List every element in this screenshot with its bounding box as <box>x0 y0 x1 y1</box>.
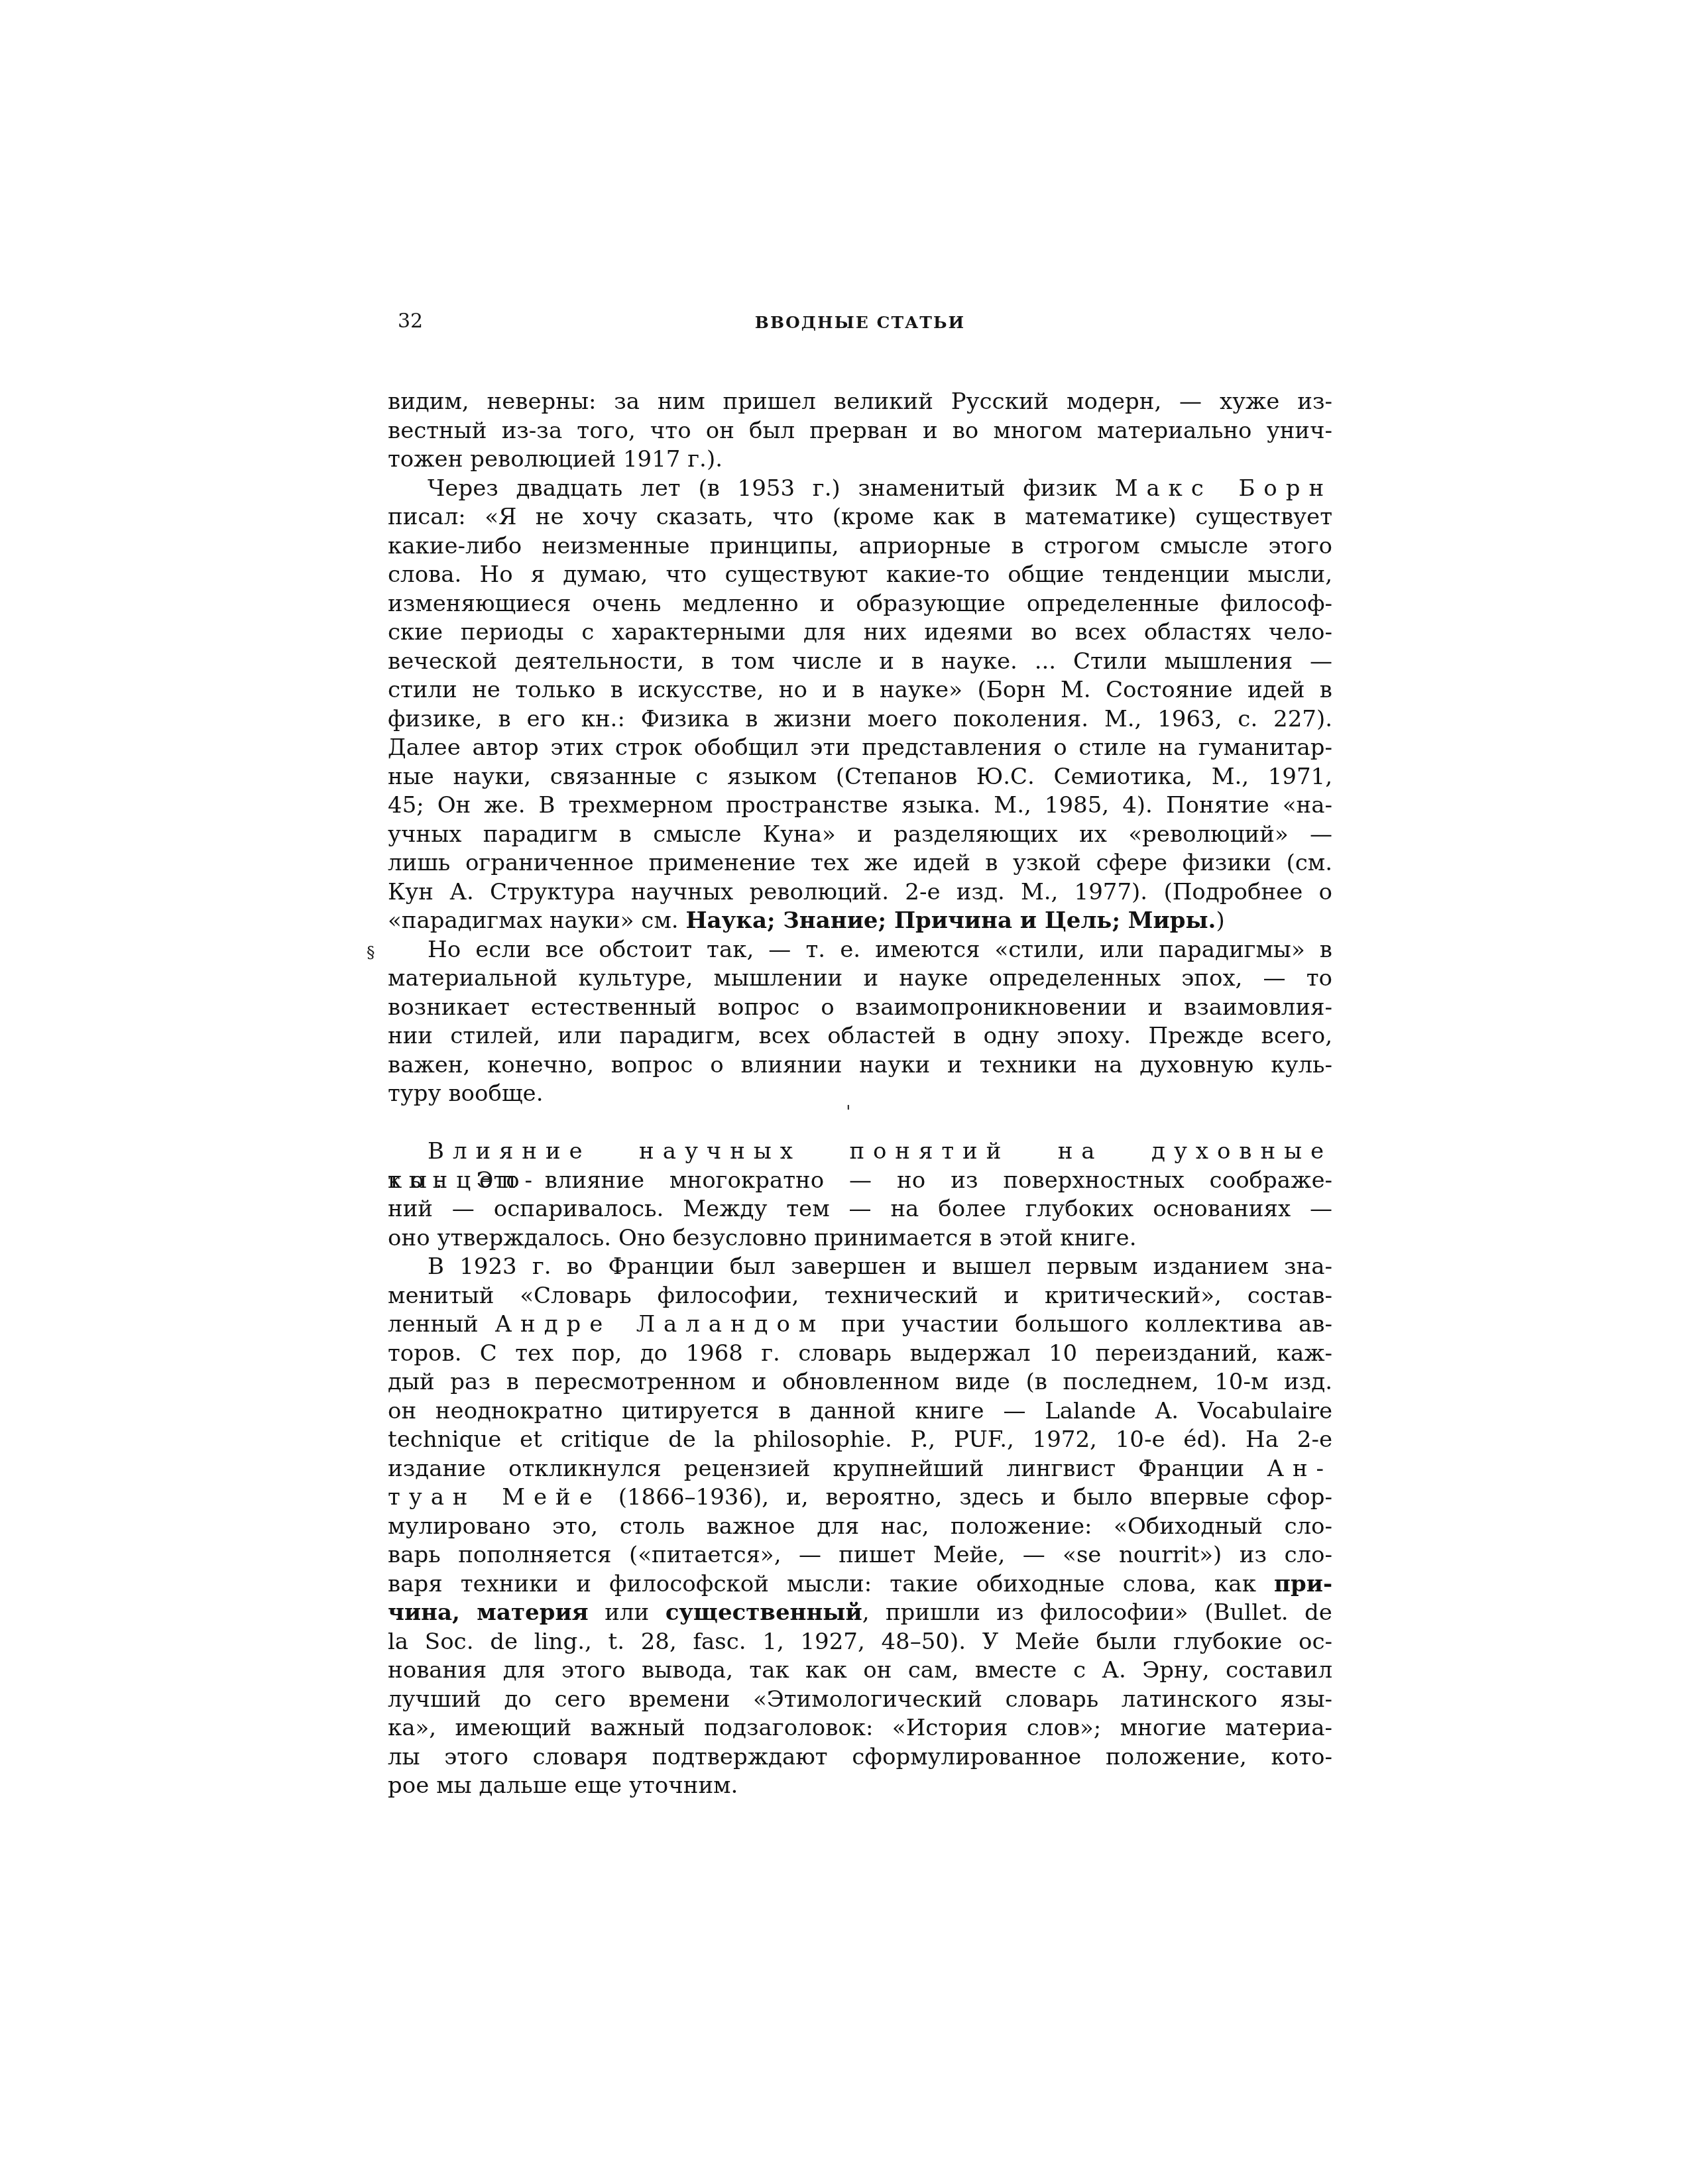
text-segment: ка», имеющий важный подзаголовок: «Истор… <box>388 1715 1332 1741</box>
text-segment: туру вообще. <box>388 1080 543 1107</box>
text-segment: или <box>589 1599 666 1626</box>
text-line: ленный Андре Лаландом при участии большо… <box>388 1310 1332 1340</box>
text-segment: рое мы дальше еще уточним. <box>388 1772 738 1799</box>
text-segment: ские периоды с характерными для них идея… <box>388 619 1332 646</box>
text-segment: вестный из-за того, что он был прерван и… <box>388 418 1332 444</box>
text-line: §Но если все обстоит так, — т. е. имеютс… <box>388 936 1332 965</box>
text-line: учных парадигм в смысле Куна» и разделяю… <box>388 821 1332 850</box>
text-segment: (1866–1936), и, вероятно, здесь и было в… <box>601 1484 1332 1511</box>
text-line: чина, материя или существенный, пришли и… <box>388 1599 1332 1628</box>
text-segment: Через двадцать лет (в 1953 г.) знамениты… <box>428 475 1115 502</box>
text-segment: , пришли из философии» (Bullet. de <box>862 1599 1332 1626</box>
text-line: В 1923 г. во Франции был завершен и выше… <box>388 1253 1332 1282</box>
text-line: Влияние научных понятий на духовные конц… <box>388 1137 1332 1167</box>
text-segment: варя техники и философской мысли: такие … <box>388 1571 1274 1597</box>
text-line: дый раз в пересмотренном и обновленном в… <box>388 1368 1332 1397</box>
text-line: он неоднократно цитируется в данной книг… <box>388 1397 1332 1426</box>
text-segment: писал: «Я не хочу сказать, что (кроме ка… <box>388 504 1332 530</box>
text-line: физике, в его кн.: Физика в жизни моего … <box>388 705 1332 734</box>
text-line: Далее автор этих строк обобщил эти предс… <box>388 734 1332 763</box>
text-segment: лишь ограниченное применение тех же идей… <box>388 850 1332 876</box>
text-segment: торов. С тех пор, до 1968 г. словарь выд… <box>388 1340 1332 1367</box>
text-segment: мулировано это, столь важное для нас, по… <box>388 1513 1332 1540</box>
text-segment: возникает естественный вопрос о взаимопр… <box>388 994 1332 1021</box>
text-line: мулировано это, столь важное для нас, по… <box>388 1513 1332 1542</box>
text-line: лишь ограниченное применение тех же идей… <box>388 849 1332 878</box>
text-segment: 45; Он же. В трехмерном пространстве язы… <box>388 792 1332 819</box>
text-segment: материальной культуре, мышлении и науке … <box>388 965 1332 992</box>
text-line: возникает естественный вопрос о взаимопр… <box>388 994 1332 1023</box>
text-line: туан Мейе (1866–1936), и, вероятно, здес… <box>388 1483 1332 1513</box>
text-segment: В 1923 г. во Франции был завершен и выше… <box>428 1253 1332 1280</box>
text-block: видим, неверны: за ним пришел великий Ру… <box>388 388 1332 1801</box>
text-segment: слова. Но я думаю, что существуют какие-… <box>388 561 1332 588</box>
text-line: 45; Он же. В трехмерном пространстве язы… <box>388 791 1332 821</box>
text-segment: ) <box>1216 907 1224 934</box>
text-segment: важен, конечно, вопрос о влиянии науки и… <box>388 1052 1332 1078</box>
text-segment: Макс Борн <box>1115 475 1332 502</box>
text-line: la Soc. de ling., t. 28, fasc. 1, 1927, … <box>388 1628 1332 1657</box>
text-segment: лучший до сего времени «Этимологический … <box>388 1686 1332 1713</box>
text-line: ные науки, связанные с языком (Степанов … <box>388 763 1332 792</box>
text-line: издание откликнулся рецензией крупнейший… <box>388 1455 1332 1484</box>
text-segment: ний — оспаривалось. Между тем — на более… <box>388 1196 1332 1222</box>
text-segment: физике, в его кн.: Физика в жизни моего … <box>388 706 1332 732</box>
text-line: ка», имеющий важный подзаголовок: «Истор… <box>388 1714 1332 1743</box>
text-segment: он неоднократно цитируется в данной книг… <box>388 1398 1332 1424</box>
text-segment: нования для этого вывода, так как он сам… <box>388 1657 1332 1684</box>
text-line: вестный из-за того, что он был прерван и… <box>388 417 1332 446</box>
text-segment: la Soc. de ling., t. 28, fasc. 1, 1927, … <box>388 1629 1332 1655</box>
text-segment: Это влияние многократно — но из поверхно… <box>451 1167 1332 1194</box>
text-line: ские периоды с характерными для них идея… <box>388 618 1332 648</box>
text-segment: Наука; Знание; Причина и Цель; Миры. <box>685 907 1216 934</box>
text-line: ний — оспаривалось. Между тем — на более… <box>388 1195 1332 1224</box>
text-segment: дый раз в пересмотренном и обновленном в… <box>388 1369 1332 1395</box>
text-line: technique et critique de la philosophie.… <box>388 1426 1332 1455</box>
text-segment: стили не только в искусстве, но и в наук… <box>388 677 1332 703</box>
text-line: стили не только в искусстве, но и в наук… <box>388 676 1332 705</box>
text-line: материальной культуре, мышлении и науке … <box>388 964 1332 994</box>
text-line: лы этого словаря подтверждают сформулиро… <box>388 1743 1332 1772</box>
scanned-book-page: 32 ВВОДНЫЕ СТАТЬИ видим, неверны: за ним… <box>0 0 1683 2184</box>
text-segment: видим, неверны: за ним пришел великий Ру… <box>388 388 1332 415</box>
text-segment: нии стилей, или парадигм, всех областей … <box>388 1023 1332 1049</box>
text-segment: Но если все обстоит так, — т. е. имеются… <box>428 937 1332 963</box>
text-segment: изменяющиеся очень медленно и образующие… <box>388 591 1332 617</box>
text-line: рое мы дальше еще уточним. <box>388 1772 1332 1801</box>
text-segment: ленный <box>388 1311 494 1338</box>
margin-artifact: § <box>367 944 375 960</box>
text-line: ты. Это влияние многократно — но из пове… <box>388 1167 1332 1196</box>
text-segment: туан Мейе <box>388 1484 601 1511</box>
text-line: Через двадцать лет (в 1953 г.) знамениты… <box>388 475 1332 504</box>
text-segment: издание откликнулся рецензией крупнейший… <box>388 1456 1267 1482</box>
text-line: изменяющиеся очень медленно и образующие… <box>388 590 1332 619</box>
text-segment: существенный <box>666 1599 862 1626</box>
text-line: лучший до сего времени «Этимологический … <box>388 1686 1332 1715</box>
text-line: важен, конечно, вопрос о влиянии науки и… <box>388 1051 1332 1080</box>
text-line: нования для этого вывода, так как он сам… <box>388 1656 1332 1686</box>
text-segment: Далее автор этих строк обобщил эти предс… <box>388 734 1332 761</box>
text-line: «парадигмах науки» см. Наука; Знание; Пр… <box>388 907 1332 936</box>
text-line: нии стилей, или парадигм, всех областей … <box>388 1022 1332 1051</box>
text-segment: варь пополняется («питается», — пишет Ме… <box>388 1542 1332 1568</box>
text-line: оно утверждалось. Оно безусловно принима… <box>388 1224 1332 1253</box>
text-line: писал: «Я не хочу сказать, что (кроме ка… <box>388 503 1332 532</box>
text-segment: technique et critique de la philosophie.… <box>388 1426 1332 1453</box>
text-line: варя техники и философской мысли: такие … <box>388 1570 1332 1599</box>
text-segment: чина, материя <box>388 1599 589 1626</box>
stray-mark-artifact: ' <box>846 1098 850 1127</box>
text-line: какие-либо неизменные принципы, априорны… <box>388 532 1332 561</box>
text-segment: учных парадигм в смысле Куна» и разделяю… <box>388 821 1332 848</box>
text-segment: тожен революцией 1917 г.). <box>388 446 723 473</box>
blank-line: ' <box>388 1109 1332 1138</box>
text-segment: Ан- <box>1267 1456 1332 1482</box>
text-line: варь пополняется («питается», — пишет Ме… <box>388 1541 1332 1570</box>
text-line: слова. Но я думаю, что существуют какие-… <box>388 561 1332 590</box>
text-line: туру вообще. <box>388 1080 1332 1109</box>
text-segment: менитый «Словарь философии, технический … <box>388 1283 1332 1309</box>
text-segment: ные науки, связанные с языком (Степанов … <box>388 764 1332 790</box>
text-segment: «парадигмах науки» см. <box>388 907 685 934</box>
text-segment: Андре Лаландом <box>494 1311 825 1338</box>
text-line: тожен революцией 1917 г.). <box>388 445 1332 475</box>
text-segment: Кун А. Структура научных революций. 2-е … <box>388 879 1332 905</box>
text-segment: лы этого словаря подтверждают сформулиро… <box>388 1744 1332 1770</box>
text-segment: ты. <box>388 1167 451 1194</box>
text-segment: при участии большого коллектива ав- <box>825 1311 1332 1338</box>
text-segment: веческой деятельности, в том числе и в н… <box>388 648 1332 675</box>
text-line: Кун А. Структура научных революций. 2-е … <box>388 878 1332 907</box>
text-segment: при- <box>1274 1571 1332 1597</box>
text-line: менитый «Словарь философии, технический … <box>388 1282 1332 1311</box>
running-head: ВВОДНЫЕ СТАТЬИ <box>388 313 1332 333</box>
text-line: торов. С тех пор, до 1968 г. словарь выд… <box>388 1340 1332 1369</box>
text-segment: оно утверждалось. Оно безусловно принима… <box>388 1225 1137 1251</box>
text-segment: какие-либо неизменные принципы, априорны… <box>388 533 1332 559</box>
text-line: веческой деятельности, в том числе и в н… <box>388 648 1332 677</box>
text-line: видим, неверны: за ним пришел великий Ру… <box>388 388 1332 417</box>
